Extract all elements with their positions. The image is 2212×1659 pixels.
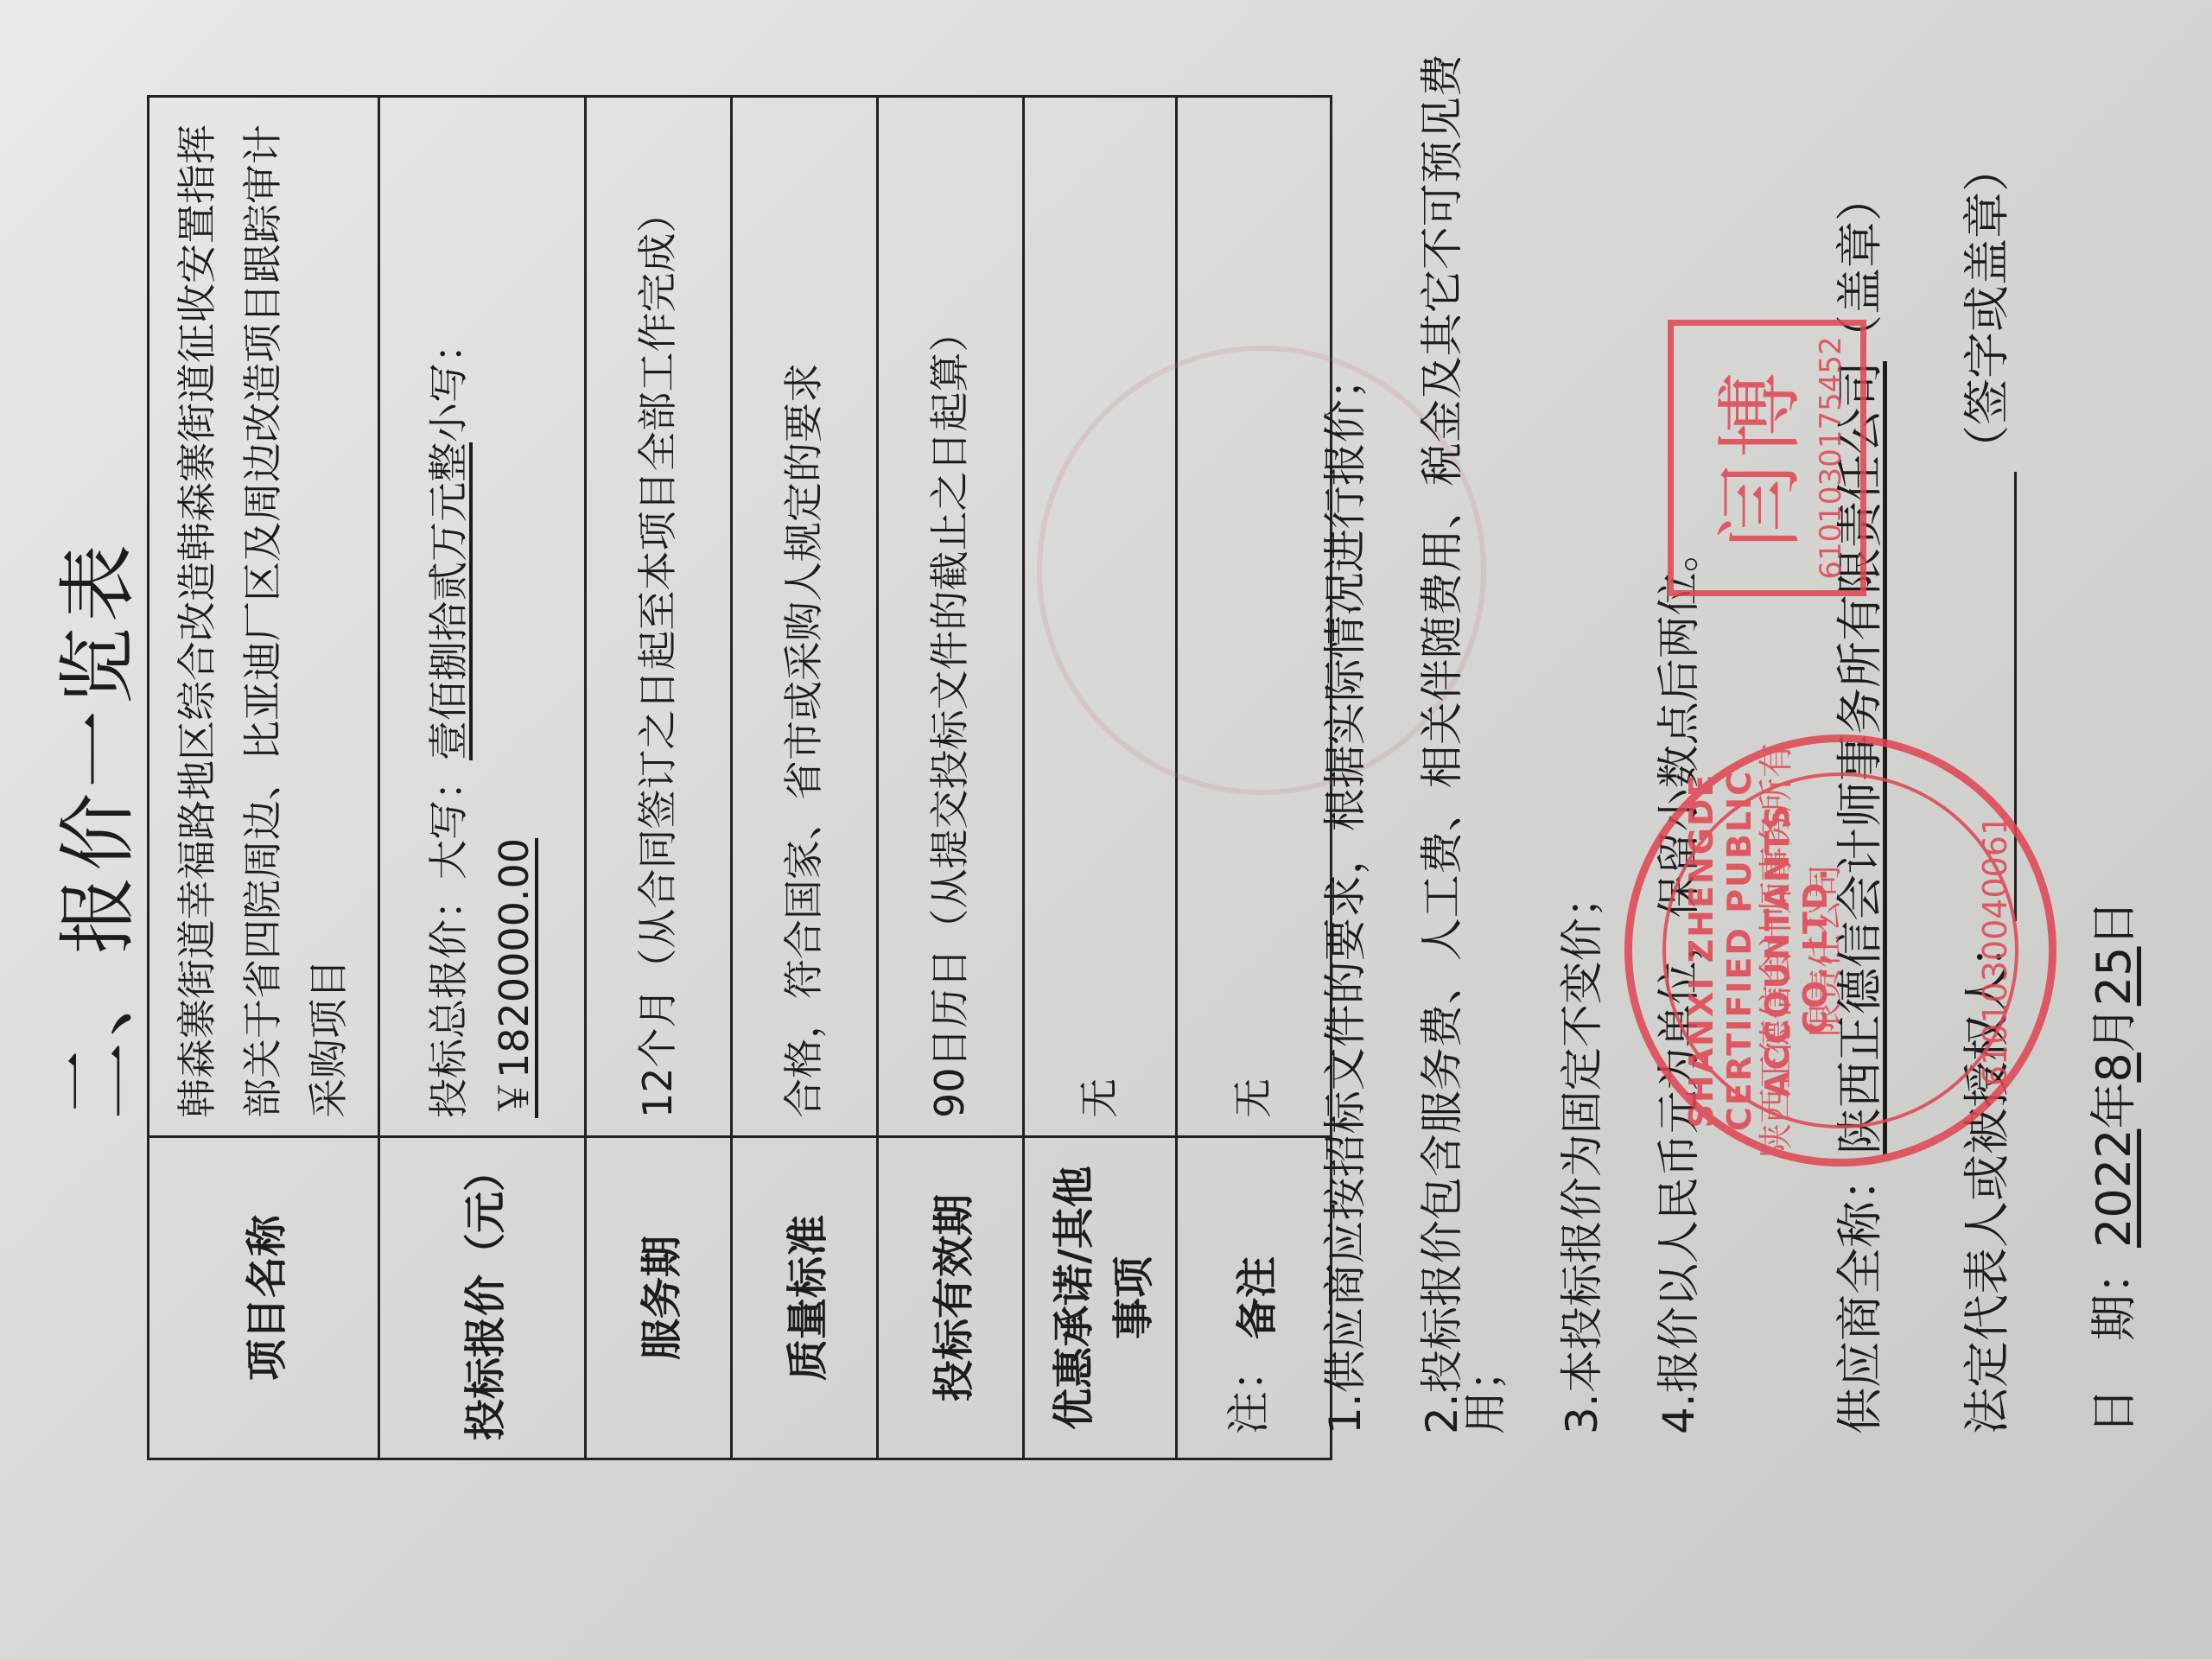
signature-section: 供应商全称：陕西正德信会计师事务所有限责任公司（盖章） 法定代表人或被授权人：（… xyxy=(1823,35,2204,1434)
date-label: 日 期： xyxy=(2087,1248,2141,1434)
project-name-value: 韩森寨街道幸福路地区综合改造韩森寨街道征收安置指挥部关于省四院周边、比亚迪厂区及… xyxy=(149,97,379,1137)
table-row: 服务期 12个月（从合同签订之日起至本项目全部工作完成） xyxy=(585,97,731,1459)
price-upper: 壹佰捌拾贰万元整 xyxy=(425,442,472,760)
price-prefix: 投标总报价：大写： xyxy=(425,760,472,1118)
seal-chinese-text: 陕西正德信会计师事务所有限责任公司 xyxy=(1749,742,1847,1159)
date-row: 日 期：2022年8月25日 xyxy=(2077,35,2144,1434)
quote-summary-page: 二、报价一览表 项目名称 韩森寨街道幸福路地区综合改造韩森寨街道征收安置指挥部关… xyxy=(0,0,2212,1659)
row-label: 质量标准 xyxy=(731,1137,877,1459)
supplier-label: 供应商全称： xyxy=(1833,1154,1887,1434)
row-label: 投标有效期 xyxy=(877,1137,1023,1459)
personal-seal-name: 闫博 xyxy=(1691,326,1815,590)
notes-section: 注： 1.供应商应按招标文件的要求，根据实际情况进行报价； 2.投标报价包含服务… xyxy=(1227,35,1754,1434)
date-month-unit: 月 xyxy=(2087,1006,2141,1052)
service-period-value: 12个月（从合同签订之日起至本项目全部工作完成） xyxy=(585,97,731,1137)
date-year-unit: 年 xyxy=(2087,1083,2141,1129)
personal-seal-code: 6101030175452 xyxy=(1814,326,1848,590)
company-seal-stamp: SHANXI ZHENGDE CERTIFIED PUBLIC ACCOUNTA… xyxy=(1624,734,2056,1166)
note-item: 2.投标报价包含服务费、人工费、相关伴随费用、税金及其它不可预见费用； xyxy=(1421,35,1507,1434)
bid-price-value: 投标总报价：大写：壹佰捌拾贰万元整小写：￥1820000.00 xyxy=(378,97,585,1137)
quote-table: 项目名称 韩森寨街道幸福路地区综合改造韩森寨街道征收安置指挥部关于省四院周边、比… xyxy=(147,95,1332,1460)
table-row: 投标报价（元） 投标总报价：大写：壹佰捌拾贰万元整小写：￥1820000.00 xyxy=(378,97,585,1459)
rep-suffix: （签字或盖章） xyxy=(1960,145,2014,472)
representative-row: 法定代表人或被授权人：（签字或盖章） xyxy=(1950,35,2017,1434)
date-day: 25 xyxy=(2087,946,2141,1006)
row-label: 投标报价（元） xyxy=(378,1137,585,1459)
row-label: 优惠承诺/其他事项 xyxy=(1023,1137,1176,1459)
note-item: 1.供应商应按招标文件的要求，根据实际情况进行报价； xyxy=(1324,35,1367,1434)
bid-validity-value: 90日历日（从提交投标文件的截止之日起算） xyxy=(877,97,1023,1137)
table-row: 项目名称 韩森寨街道幸福路地区综合改造韩森寨街道征收安置指挥部关于省四院周边、比… xyxy=(149,97,379,1459)
table-row: 优惠承诺/其他事项 无 xyxy=(1023,97,1176,1459)
table-row: 质量标准 合格，符合国家、省市或采购人规定的要求 xyxy=(731,97,877,1459)
quality-standard-value: 合格，符合国家、省市或采购人规定的要求 xyxy=(731,97,877,1137)
date-year: 2022 xyxy=(2087,1129,2141,1248)
page-title: 二、报价一览表 xyxy=(35,0,147,1659)
date-month: 8 xyxy=(2087,1052,2141,1082)
notes-heading: 注： xyxy=(1227,35,1270,1434)
price-mid: 小写： xyxy=(425,323,472,442)
price-lower: ￥1820000.00 xyxy=(491,838,537,1118)
note-item: 4.报价以人民币元为单位，保留小数点后两位。 xyxy=(1657,35,1700,1434)
table-row: 投标有效期 90日历日（从提交投标文件的截止之日起算） xyxy=(877,97,1023,1459)
date-day-unit: 日 xyxy=(2087,899,2141,946)
personal-seal-stamp: 闫博 6101030175452 xyxy=(1668,320,1866,596)
row-label: 项目名称 xyxy=(149,1137,379,1459)
note-item: 3.本投标报价为固定不变价； xyxy=(1560,35,1604,1434)
seal-code: 6101030040061 xyxy=(1976,742,2014,1159)
row-label: 服务期 xyxy=(585,1137,731,1459)
